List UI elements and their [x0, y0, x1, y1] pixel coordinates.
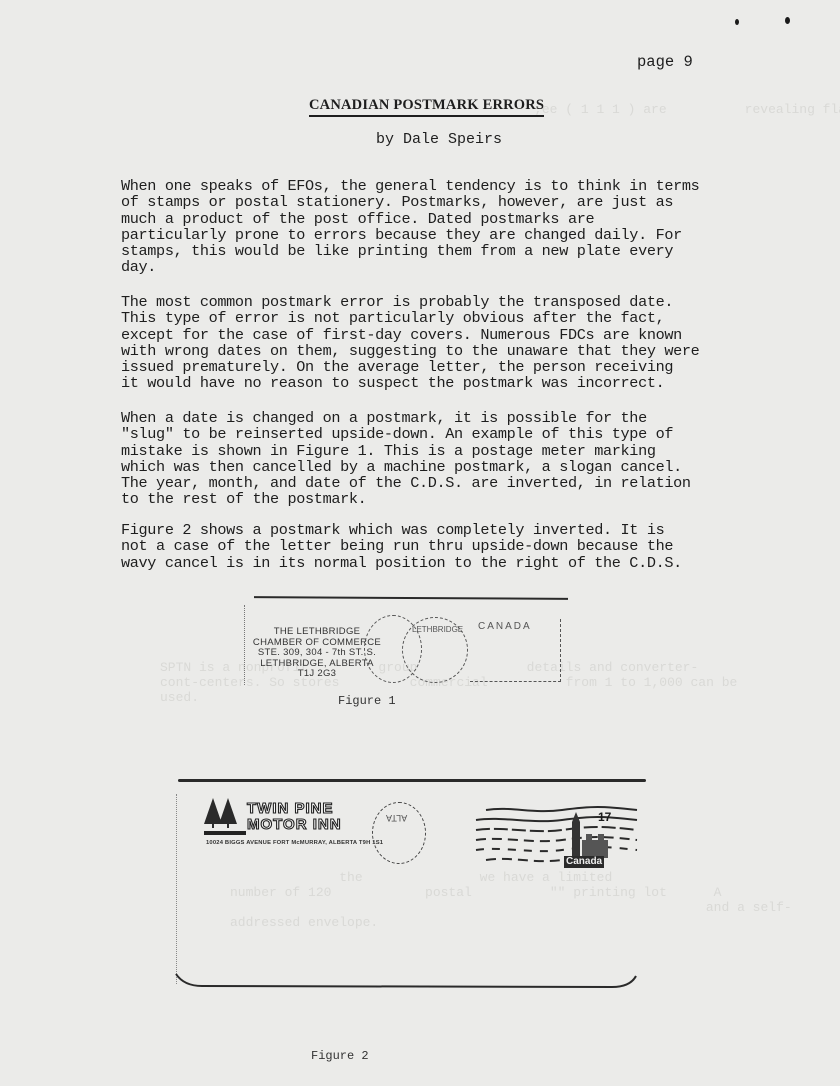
scan-mark — [785, 17, 790, 24]
paragraph: When one speaks of EFOs, the general ten… — [121, 178, 781, 276]
article-byline: by Dale Speirs — [376, 131, 502, 148]
scan-mark — [735, 19, 739, 25]
figure-1-cover-image: THE LETHBRIDGE CHAMBER OF COMMERCE STE. … — [242, 597, 566, 689]
meter-text: CANADA — [478, 621, 532, 632]
figure-2-caption: Figure 2 — [311, 1049, 369, 1063]
envelope-edge — [172, 960, 647, 996]
envelope-edge — [254, 596, 568, 600]
figure-1-caption: Figure 1 — [338, 694, 396, 708]
scanned-page: ;ee ( 1 1 1 ) are revealing flaw which S… — [0, 0, 840, 1086]
stamp-value: 17 — [598, 810, 611, 824]
figure-2-cover-image: TWIN PINE MOTOR INN 10024 BIGGS AVENUE F… — [172, 772, 647, 997]
envelope-edge — [244, 605, 245, 685]
paragraph: Figure 2 shows a postmark which was comp… — [121, 522, 781, 571]
stamp-country: Canada — [564, 856, 604, 868]
postmark-text: ALTA — [386, 812, 407, 823]
brand-name-line1: TWIN PINE — [247, 800, 334, 817]
brand-name-line2: MOTOR INN — [247, 816, 342, 833]
article-title: CANADIAN POSTMARK ERRORS — [309, 97, 544, 117]
envelope-edge — [178, 779, 646, 782]
pine-trees-icon — [204, 798, 244, 830]
return-address: 10024 BIGGS AVENUE FORT McMURRAY, ALBERT… — [206, 840, 383, 846]
logo-bar — [204, 831, 246, 835]
wavy-cancel-lines — [472, 806, 642, 866]
postmark-text: LETHBRIDGE — [412, 625, 463, 634]
paragraph: The most common postmark error is probab… — [121, 294, 781, 392]
paragraph: When a date is changed on a postmark, it… — [121, 410, 781, 508]
page-number: page 9 — [637, 53, 693, 71]
envelope-edge — [176, 794, 177, 984]
